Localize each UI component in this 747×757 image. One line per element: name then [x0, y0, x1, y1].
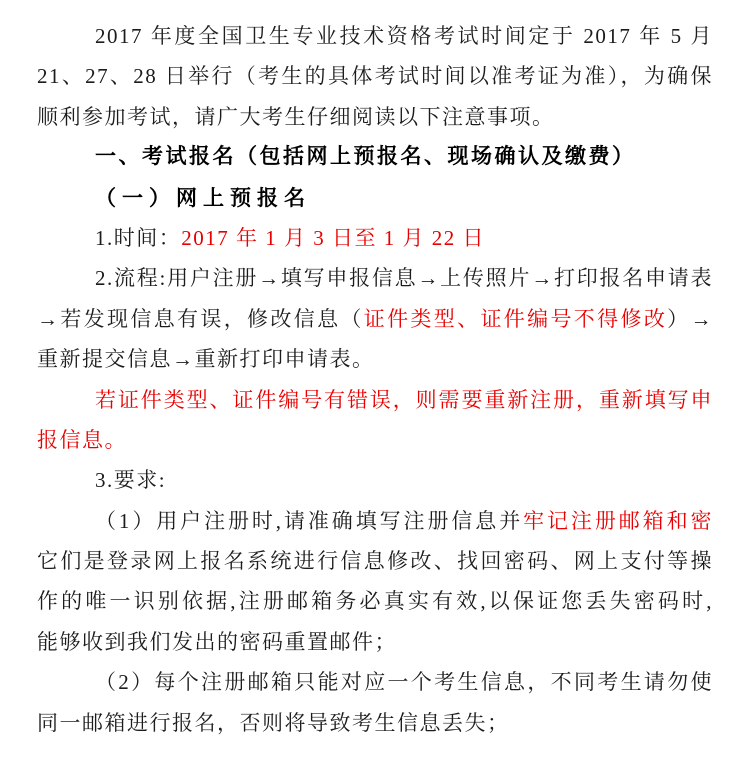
subsection-heading: （一）网上预报名: [37, 178, 713, 218]
text-segment: 顺利参加考试，请广大考生仔细阅读以下注意事项。: [37, 105, 555, 129]
text-line: 作的唯一识别依据,注册邮箱务必真实有效,以保证您丢失密码时,: [37, 581, 713, 621]
text-segment: 能够收到我们发出的密码重置邮件；: [37, 630, 397, 654]
text-segment: 21、27、28 日举行（考生的具体考试时间以准考证为准），为确保: [37, 64, 713, 88]
text-segment: 重新提交信息→重新打印申请表。: [37, 347, 375, 371]
text-line: 1.时间：2017 年 1 月 3 日至 1 月 22 日: [37, 218, 713, 258]
text-line: 重新提交信息→重新打印申请表。: [37, 339, 713, 379]
text-line: （1）用户注册时,请准确填写注册信息并牢记注册邮箱和密码，: [37, 501, 713, 541]
text-line: 它们是登录网上报名系统进行信息修改、找回密码、网上支付等操: [37, 541, 713, 581]
document-page: 2017 年度全国卫生专业技术资格考试时间定于 2017 年 5 月 20、21…: [37, 16, 713, 743]
highlighted-red-text: 证件类型、证件编号不得修改: [364, 307, 667, 331]
text-segment: 1.时间：: [95, 226, 181, 250]
text-line: （2）每个注册邮箱只能对应一个考生信息，不同考生请勿使用: [37, 662, 713, 702]
highlighted-red-text: 报信息。: [37, 428, 127, 452]
text-line: →若发现信息有误，修改信息（证件类型、证件编号不得修改）→: [37, 299, 713, 339]
text-line: 3.要求:: [37, 460, 713, 500]
text-segment: 2.流程:用户注册→填写申报信息→上传照片→打印报名申请表: [95, 266, 713, 290]
text-line: 顺利参加考试，请广大考生仔细阅读以下注意事项。: [37, 97, 713, 137]
section-heading: 一、考试报名（包括网上预报名、现场确认及缴费）: [37, 137, 713, 177]
text-line: 2.流程:用户注册→填写申报信息→上传照片→打印报名申请表: [37, 258, 713, 298]
text-segment: →若发现信息有误，修改信息（: [37, 307, 364, 331]
text-line: 报信息。: [37, 420, 713, 460]
text-line: 若证件类型、证件编号有错误，则需要重新注册，重新填写申: [37, 380, 713, 420]
text-line: 同一邮箱进行报名，否则将导致考生信息丢失；: [37, 703, 713, 743]
text-segment: 3.要求:: [95, 468, 166, 492]
text-segment: （1）用户注册时,请准确填写注册信息并: [95, 509, 523, 533]
text-segment: （一）网上预报名: [95, 186, 311, 210]
text-segment: 一、考试报名（包括网上预报名、现场确认及缴费）: [95, 145, 636, 168]
text-line: 2017 年度全国卫生专业技术资格考试时间定于 2017 年 5 月 20、: [37, 16, 713, 56]
text-line: 能够收到我们发出的密码重置邮件；: [37, 622, 713, 662]
text-segment: 作的唯一识别依据,注册邮箱务必真实有效,以保证您丢失密码时,: [37, 589, 713, 613]
text-line: 21、27、28 日举行（考生的具体考试时间以准考证为准），为确保: [37, 56, 713, 96]
text-segment: 同一邮箱进行报名，否则将导致考生信息丢失；: [37, 711, 510, 735]
text-segment: ）→: [667, 307, 713, 331]
highlighted-red-text: 2017 年 1 月 3 日至 1 月 22 日: [181, 226, 485, 250]
text-segment: 它们是登录网上报名系统进行信息修改、找回密码、网上支付等操: [37, 549, 713, 573]
highlighted-red-text: 若证件类型、证件编号有错误，则需要重新注册，重新填写申: [95, 388, 713, 412]
text-segment: 2017 年度全国卫生专业技术资格考试时间定于 2017 年 5 月 20、: [37, 24, 713, 56]
text-segment: （2）每个注册邮箱只能对应一个考生信息，不同考生请勿使用: [37, 670, 713, 702]
